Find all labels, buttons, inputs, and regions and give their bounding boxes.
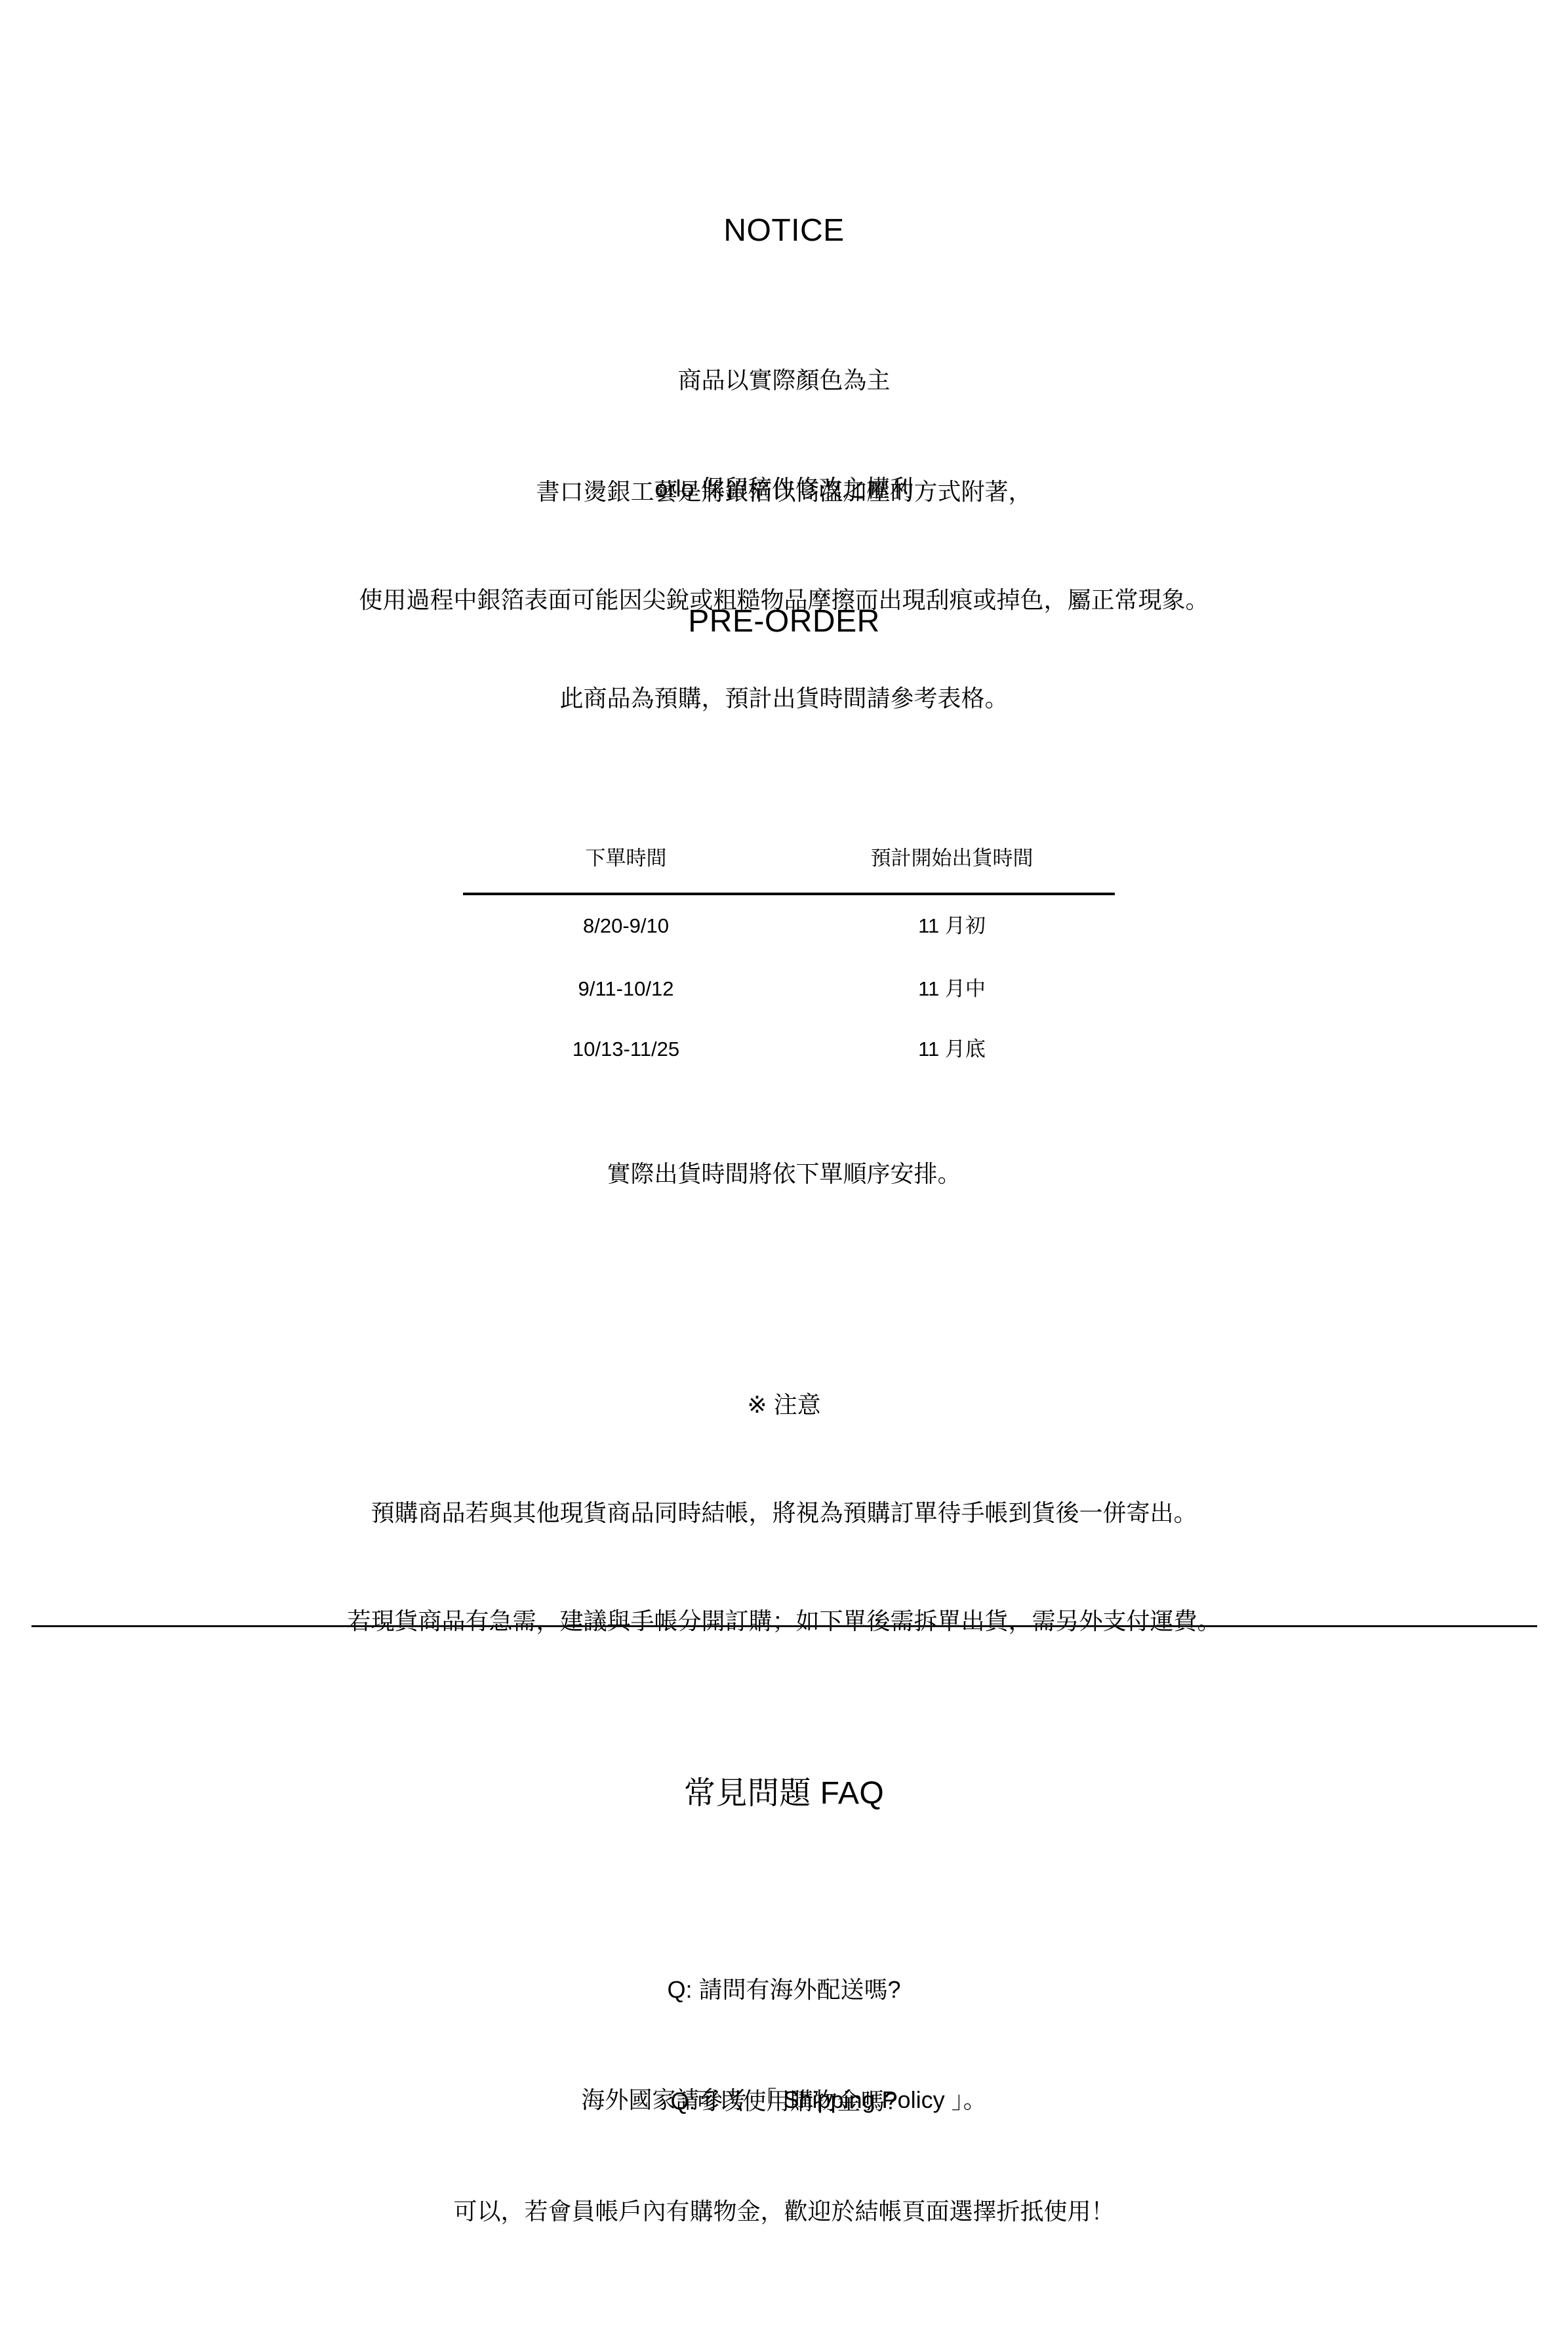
notice-color-note-line1: 商品以實際顏色為主 <box>0 362 1568 398</box>
notice-foil-note-line1: 書口燙銀工藝是將銀箔以高溫加壓的方式附著， <box>0 474 1568 510</box>
table-cell-order-time: 10/13-11/25 <box>463 1031 789 1067</box>
preorder-intro: 此商品為預購，預計出貨時間請參考表格。 <box>0 680 1568 716</box>
table-cell-ship-time: 11 月底 <box>789 1031 1115 1067</box>
caution-title: ※ 注意 <box>0 1386 1568 1423</box>
table-row: 10/13-11/25 11 月底 <box>463 1031 1115 1067</box>
caution-line2: 若現貨商品有急需，建議與手帳分開訂購；如下單後需拆單出貨，需另外支付運費。 <box>0 1603 1568 1639</box>
table-header-rule <box>463 893 1115 895</box>
notice-foil-note: 書口燙銀工藝是將銀箔以高溫加壓的方式附著， 使用過程中銀箔表面可能因尖銳或粗糙物… <box>0 401 1568 690</box>
table-cell-order-time: 8/20-9/10 <box>463 908 789 944</box>
caution-block: ※ 注意 預購商品若與其他現貨商品同時結帳，將視為預購訂單待手帳到貨後一併寄出。… <box>0 1314 1568 1711</box>
caution-line1: 預購商品若與其他現貨商品同時結帳，將視為預購訂單待手帳到貨後一併寄出。 <box>0 1495 1568 1531</box>
preorder-schedule-table: 下單時間 預計開始出貨時間 8/20-9/10 11 月初 9/11-10/12… <box>463 840 1115 1076</box>
table-row: 9/11-10/12 11 月中 <box>463 971 1115 1007</box>
table-header-row: 下單時間 預計開始出貨時間 <box>463 840 1115 876</box>
table-cell-ship-time: 11 月中 <box>789 971 1115 1007</box>
preorder-heading: PRE-ORDER <box>0 602 1568 641</box>
product-notice-page: NOTICE 商品以實際顏色為主 orlo 保留稿件修改之權利 書口燙銀工藝是將… <box>0 0 1568 2344</box>
faq-question: Q: 請問有海外配送嗎? <box>0 1971 1568 2008</box>
notice-heading: NOTICE <box>0 211 1568 251</box>
faq-question: Q:可以使用購物金嗎? <box>0 2083 1568 2120</box>
table-cell-order-time: 9/11-10/12 <box>463 971 789 1007</box>
faq-item-store-credit: Q:可以使用購物金嗎? 可以，若會員帳戶內有購物金，歡迎於結帳頁面選擇折抵使用！ <box>0 2010 1568 2303</box>
table-header-ship-time: 預計開始出貨時間 <box>789 840 1115 876</box>
faq-heading: 常見問題 FAQ <box>0 1774 1568 1813</box>
section-divider <box>31 1625 1537 1627</box>
faq-answer: 可以，若會員帳戶內有購物金，歡迎於結帳頁面選擇折抵使用！ <box>0 2193 1568 2230</box>
table-cell-ship-time: 11 月初 <box>789 908 1115 944</box>
table-header-order-time: 下單時間 <box>463 840 789 876</box>
shipping-order-note: 實際出貨時間將依下單順序安排。 <box>0 1156 1568 1192</box>
table-row: 8/20-9/10 11 月初 <box>463 908 1115 944</box>
